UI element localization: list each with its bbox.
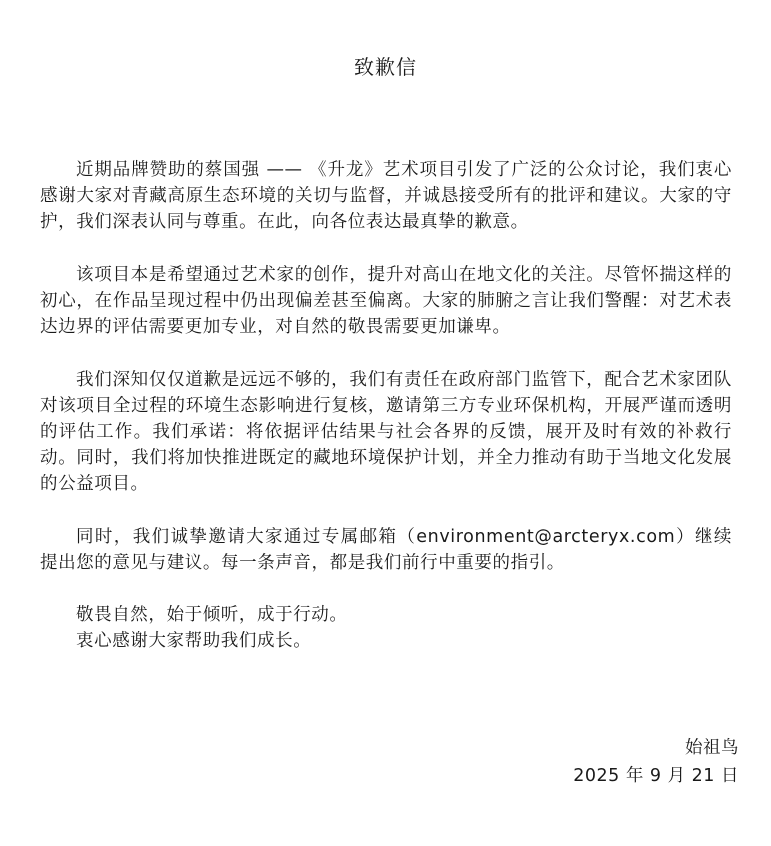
paragraph-1: 近期品牌赞助的蔡国强 —— 《升龙》艺术项目引发了广泛的公众讨论，我们衷心感谢大… [40, 157, 732, 235]
paragraph-3: 我们深知仅仅道歉是远远不够的，我们有责任在政府部门监管下，配合艺术家团队对该项目… [40, 367, 732, 497]
paragraph-2: 该项目本是希望通过艺术家的创作，提升对高山在地文化的关注。尽管怀揣这样的初心，在… [40, 262, 732, 340]
date: 2025 年 9 月 21 日 [573, 763, 739, 789]
letter-title: 致歉信 [0, 52, 771, 82]
closing-line-1: 敬畏自然，始于倾听，成于行动。 [40, 602, 732, 628]
paragraph-4: 同时，我们诚挚邀请大家通过专属邮箱（environment@arcteryx.c… [40, 524, 732, 576]
closing-block: 敬畏自然，始于倾听，成于行动。 衷心感谢大家帮助我们成长。 [40, 602, 732, 654]
closing-line-2: 衷心感谢大家帮助我们成长。 [40, 628, 732, 654]
signature: 始祖鸟 [685, 735, 739, 761]
